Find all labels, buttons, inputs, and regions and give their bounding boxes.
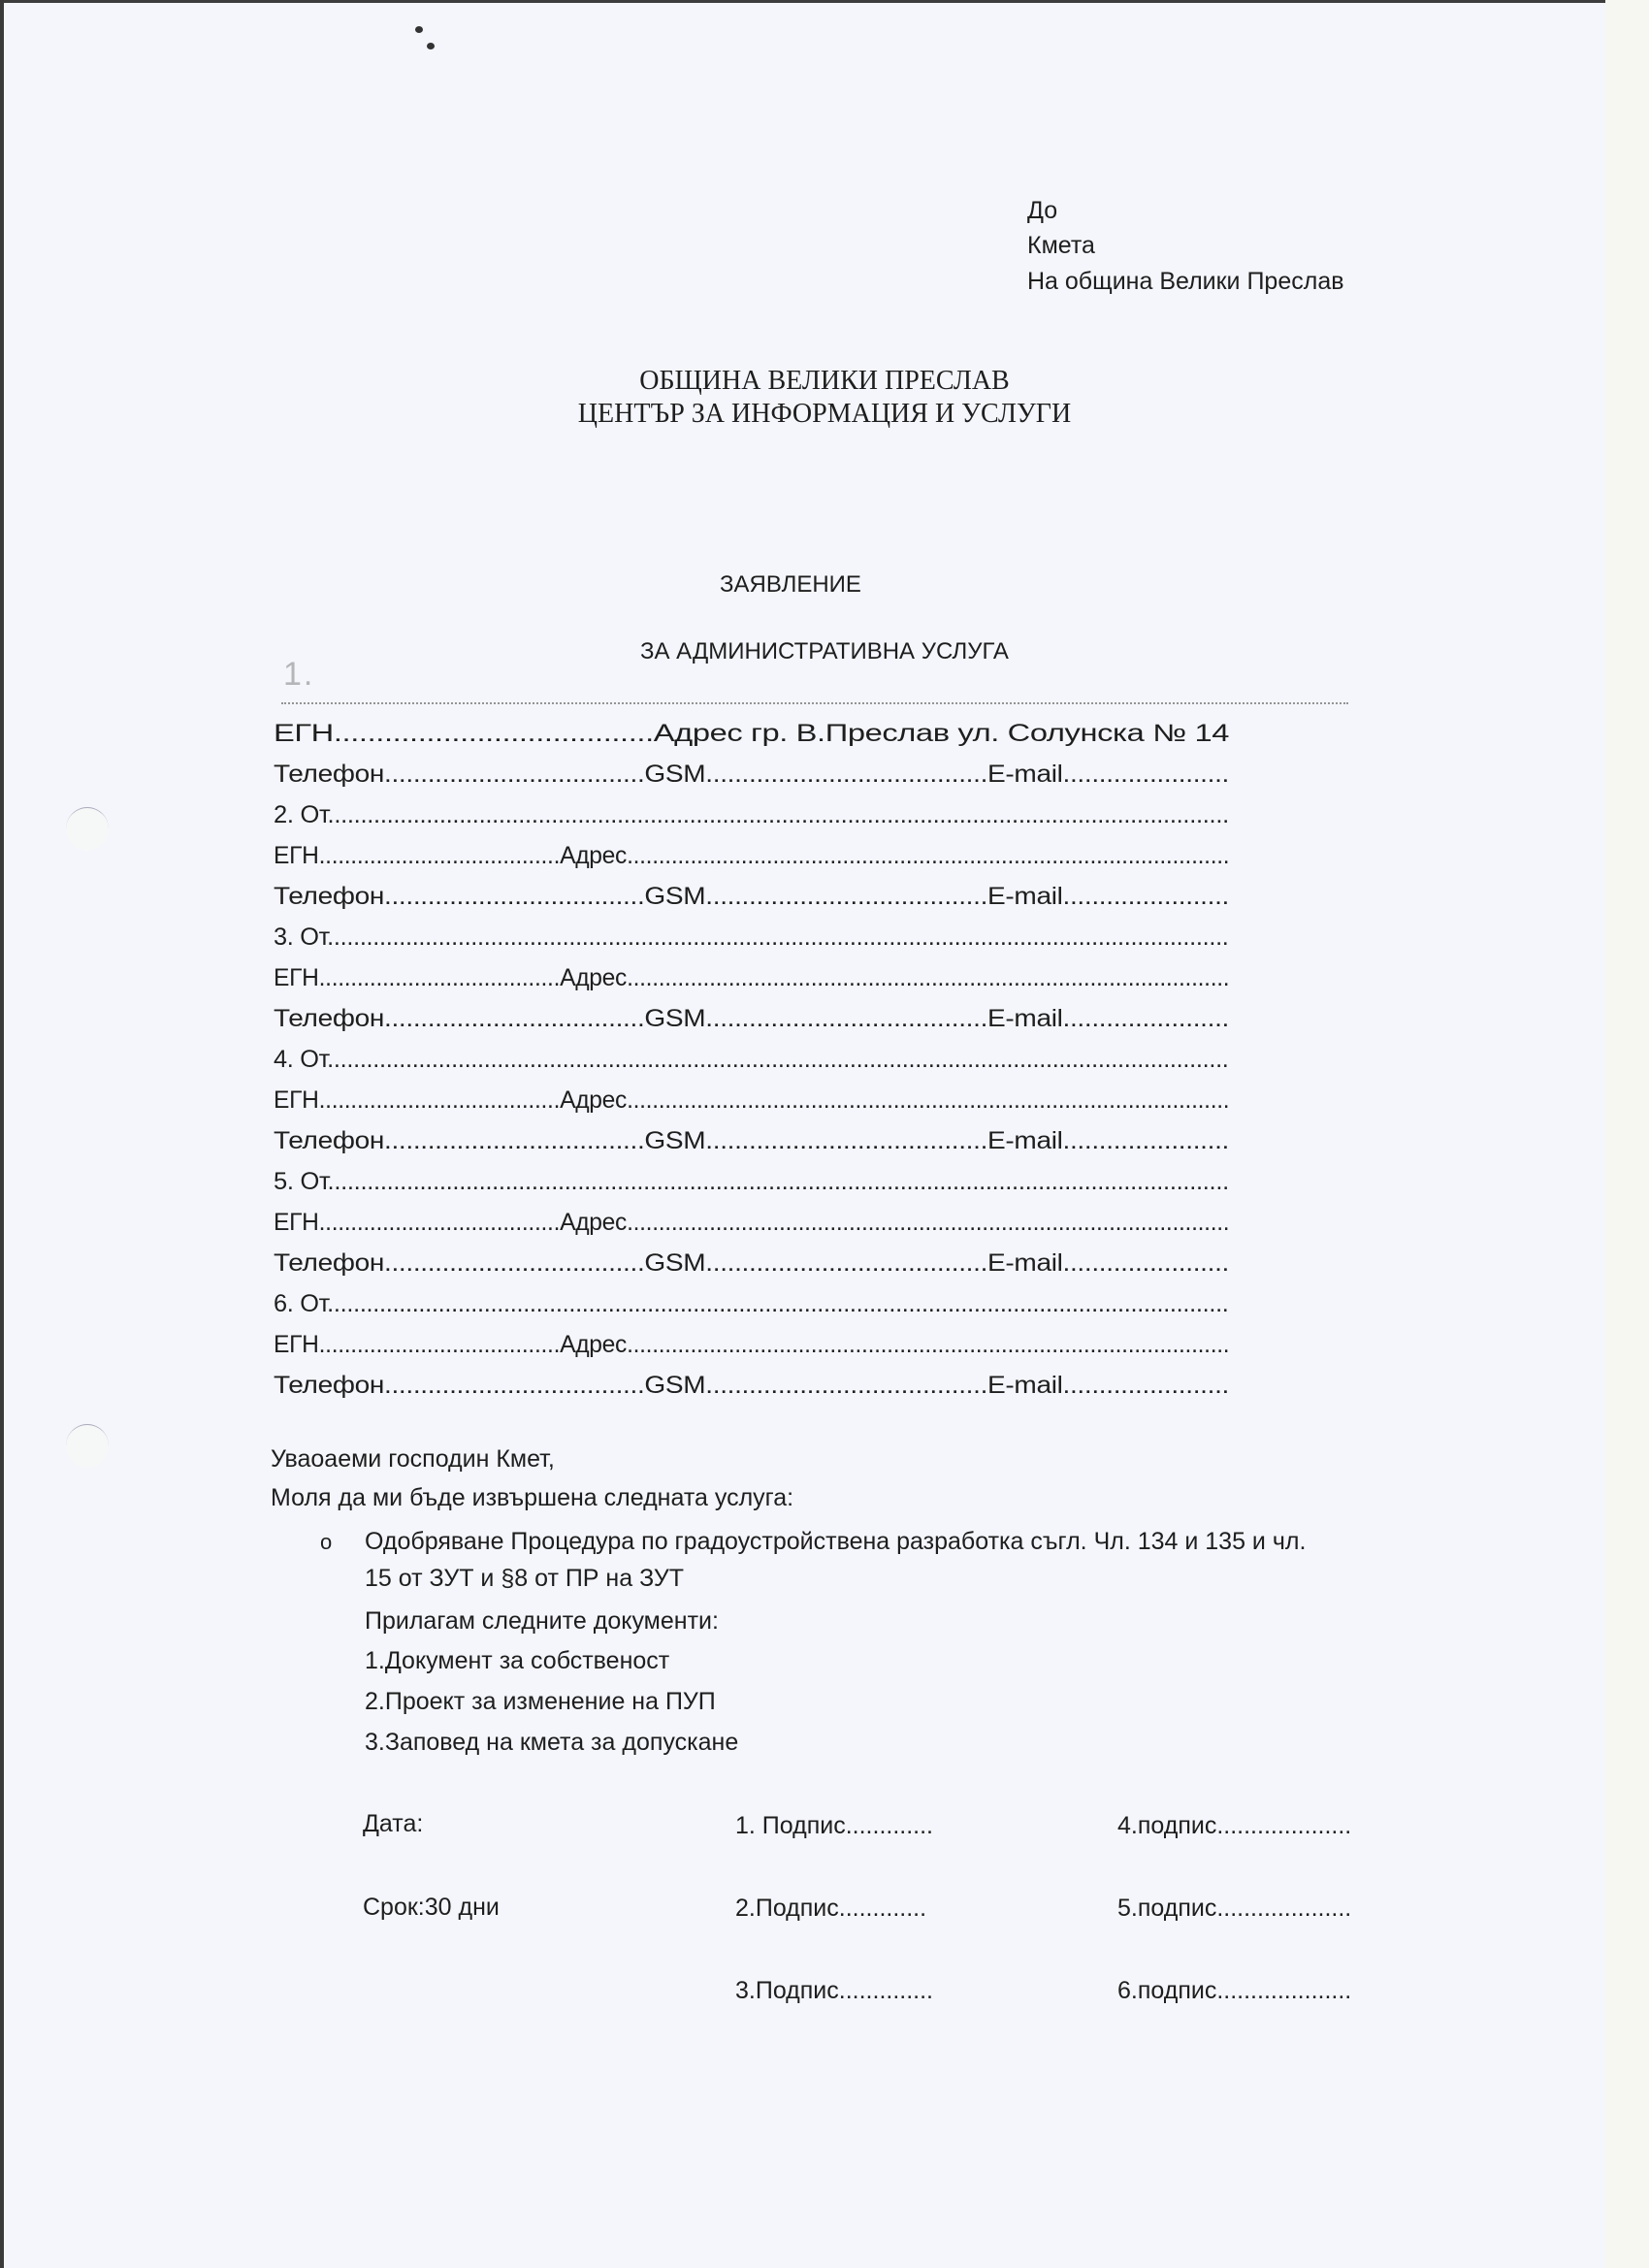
recipient-line-3: На община Велики Преслав — [1027, 268, 1344, 296]
applicant-5-phone-field[interactable]: Телефон.................................… — [274, 1249, 1229, 1278]
term-label: Срок:30 дни — [363, 1894, 500, 1922]
applicant-4-phone-field[interactable]: Телефон.................................… — [274, 1127, 1229, 1155]
applicant-5-egn-field[interactable]: ЕГН.....................................… — [274, 1209, 1229, 1237]
applicant-4-egn-field[interactable]: ЕГН.....................................… — [274, 1086, 1229, 1115]
applicant-2-phone-field[interactable]: Телефон.................................… — [274, 883, 1229, 911]
scan-speck — [415, 26, 423, 33]
service-line-2: 15 от ЗУТ и §8 от ПР на ЗУТ — [365, 1565, 684, 1593]
applicant-4-from-field[interactable]: 4. От...................................… — [274, 1046, 1229, 1074]
signature-field-2[interactable]: 2.Подпис............. — [735, 1895, 926, 1923]
applicant-1-egn-field[interactable]: ЕГН.....................................… — [274, 720, 1229, 748]
header-line-1: ОБЩИНА ВЕЛИКИ ПРЕСЛАВ — [0, 366, 1649, 397]
recipient-line-2: Кмета — [1027, 232, 1095, 260]
signature-field-3[interactable]: 3.Подпис.............. — [735, 1977, 933, 2005]
salutation: Уваоаеми господин Кмет, — [271, 1445, 555, 1474]
applicant-3-from-field[interactable]: 3. От...................................… — [274, 923, 1229, 952]
faded-item-marker: 1. — [283, 656, 314, 694]
applicant-6-egn-field[interactable]: ЕГН.....................................… — [274, 1331, 1229, 1359]
scan-edge-left — [0, 0, 4, 2268]
applicant-6-phone-field[interactable]: Телефон.................................… — [274, 1372, 1229, 1400]
document-title: ЗАЯВЛЕНИЕ — [720, 571, 861, 599]
signature-field-4[interactable]: 4.подпис.................... — [1117, 1812, 1351, 1840]
document-subtitle: ЗА АДМИНИСТРАТИВНА УСЛУГА — [640, 638, 1009, 665]
attachment-item: 2.Проект за изменение на ПУП — [365, 1688, 716, 1716]
separator-line — [281, 702, 1348, 704]
applicant-2-egn-field[interactable]: ЕГН.....................................… — [274, 842, 1229, 870]
scan-speck — [427, 43, 435, 49]
applicant-6-from-field[interactable]: 6. От...................................… — [274, 1290, 1229, 1318]
applicant-1-phone-field[interactable]: Телефон.................................… — [274, 761, 1229, 789]
scan-edge-right — [1605, 0, 1649, 2268]
signature-field-6[interactable]: 6.подпис.................... — [1117, 1977, 1351, 2005]
signature-field-1[interactable]: 1. Подпис............. — [735, 1812, 933, 1840]
punch-hole — [66, 1424, 109, 1468]
request-text: Моля да ми бъде извършена следната услуг… — [271, 1484, 793, 1512]
attachment-item: 1.Документ за собственост — [365, 1647, 669, 1675]
date-label: Дата: — [363, 1810, 423, 1838]
applicant-3-phone-field[interactable]: Телефон.................................… — [274, 1005, 1229, 1033]
bullet-icon: o — [320, 1530, 332, 1555]
scan-edge-top — [0, 0, 1649, 3]
attachment-item: 3.Заповед на кмета за допускане — [365, 1729, 738, 1757]
applicant-2-from-field[interactable]: 2. От...................................… — [274, 801, 1229, 829]
attachments-label: Прилагам следните документи: — [365, 1607, 719, 1636]
applicant-3-egn-field[interactable]: ЕГН.....................................… — [274, 964, 1229, 992]
applicant-5-from-field[interactable]: 5. От...................................… — [274, 1168, 1229, 1196]
punch-hole — [66, 807, 109, 851]
signature-field-5[interactable]: 5.подпис.................... — [1117, 1895, 1351, 1923]
service-line-1: Одобряване Процедура по градоустройствен… — [365, 1528, 1306, 1556]
header-line-2: ЦЕНТЪР ЗА ИНФОРМАЦИЯ И УСЛУГИ — [0, 399, 1649, 430]
recipient-line-1: До — [1027, 197, 1057, 225]
